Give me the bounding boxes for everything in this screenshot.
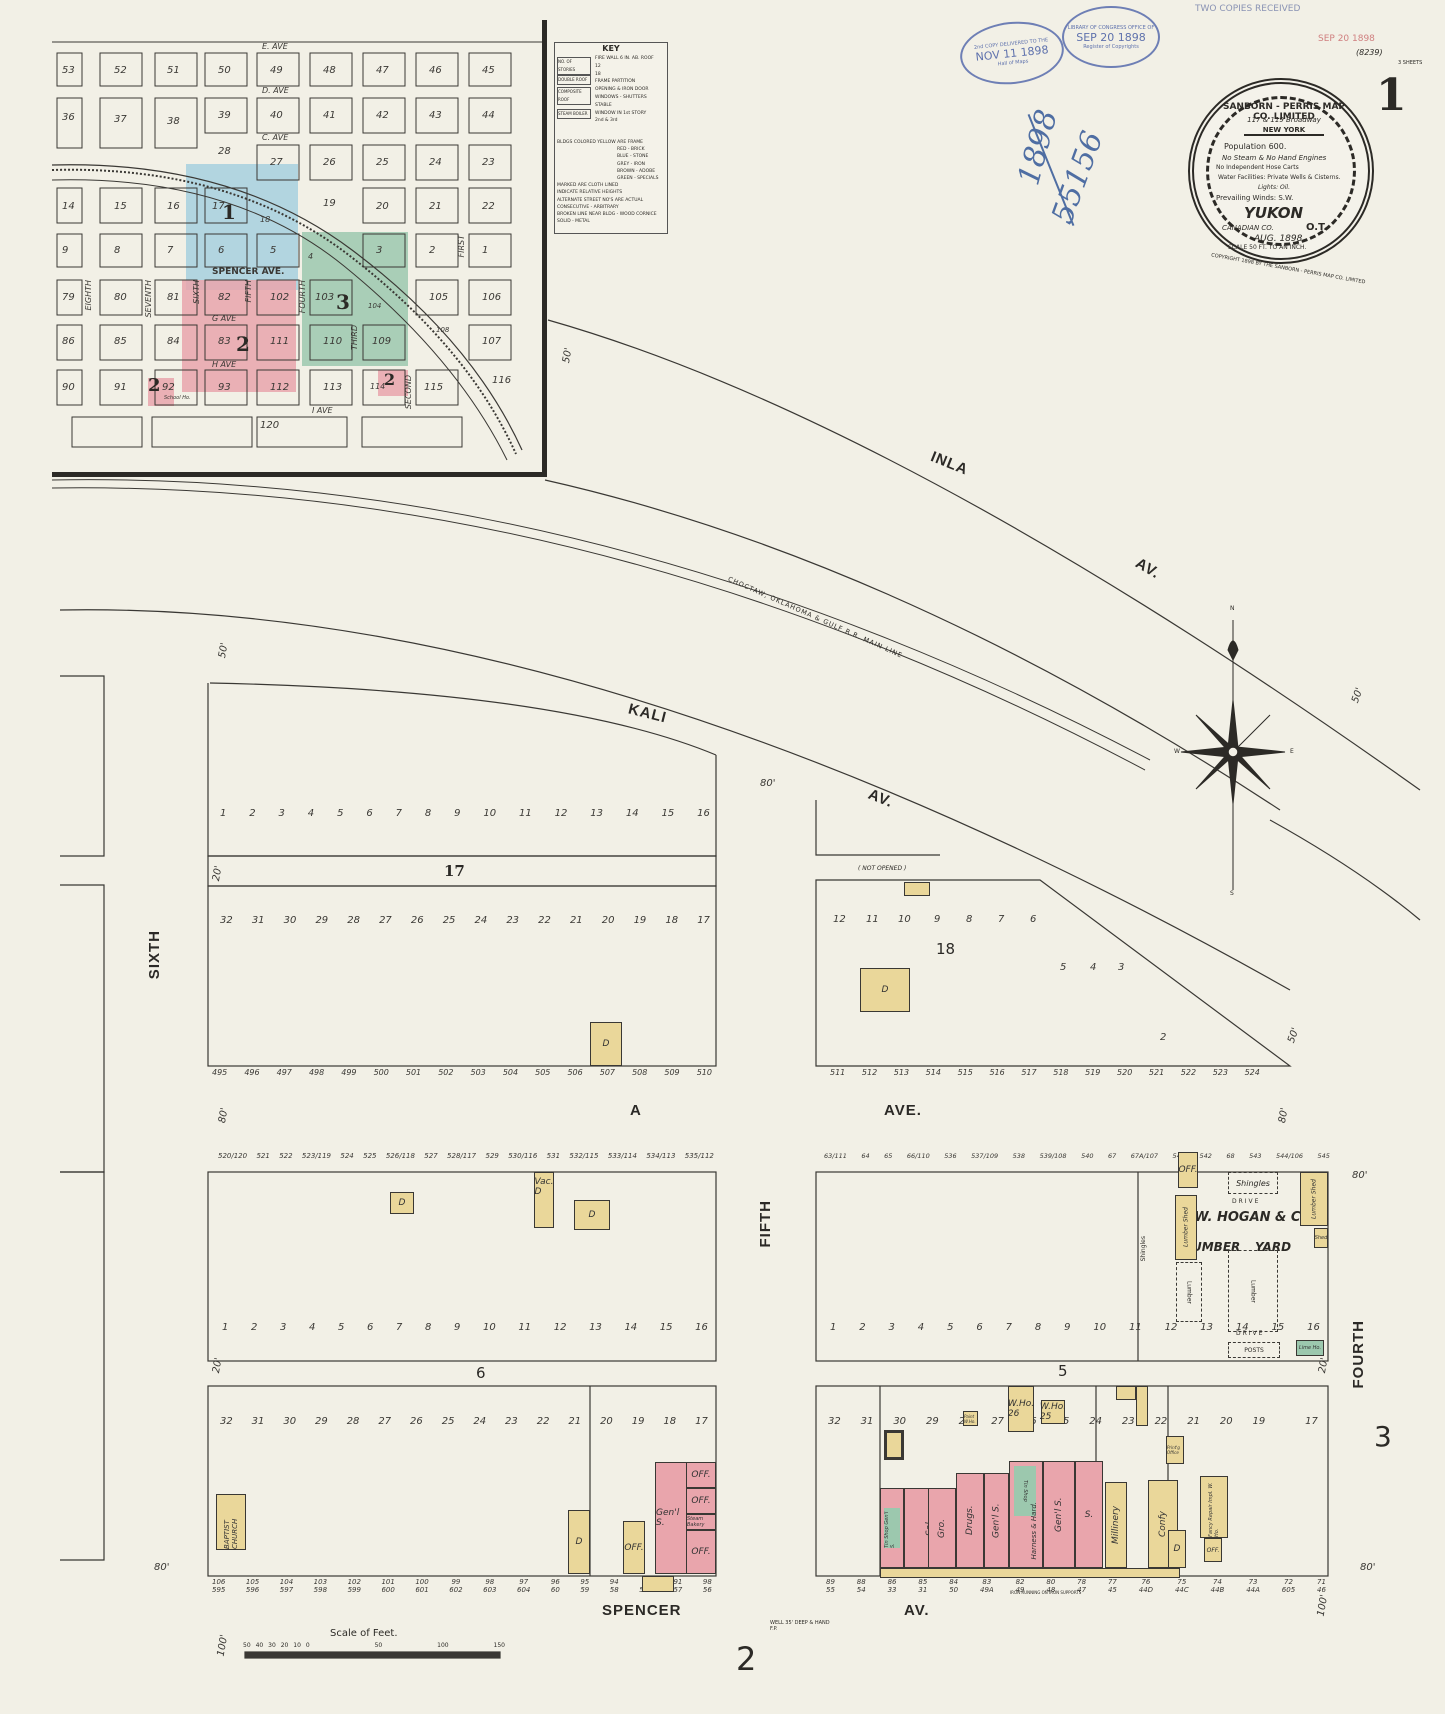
- block6-top-lots: 1 2 3 4 5 6 7 8 9 10 11 12 13 14 15 16: [222, 1322, 708, 1333]
- scale-tick: 20: [281, 1642, 289, 1649]
- lot-number: 17: [695, 1416, 708, 1427]
- street-address: 56: [703, 1586, 712, 1594]
- tin-shop-label: Tin Shop Gen'l S.: [884, 1508, 900, 1548]
- lot-number: 15: [662, 808, 675, 819]
- street-address: 101: [381, 1578, 394, 1586]
- street-address: 522: [279, 1152, 292, 1160]
- street-address: 529: [485, 1152, 498, 1160]
- main-map-linework: [0, 0, 1445, 1714]
- street-address: 531: [547, 1152, 560, 1160]
- street-address: 68: [1226, 1152, 1234, 1160]
- street-address: 88: [857, 1578, 866, 1586]
- street-address: 515: [958, 1068, 973, 1077]
- lot-number: 15: [660, 1322, 673, 1333]
- street-address: 74: [1213, 1578, 1222, 1586]
- baptist-church: BAPTIST CHURCH: [216, 1494, 246, 1550]
- block6-bottom-lots: 32 31 30 29 28 27 26 25 24 23 22 21 20 1…: [220, 1416, 708, 1427]
- street-address: 514: [926, 1068, 941, 1077]
- street-address: 71: [1317, 1578, 1326, 1586]
- adjacent-sheet-right: 3: [1374, 1420, 1392, 1453]
- spencer-av-label: SPENCER: [602, 1602, 682, 1619]
- street-address: 106: [212, 1578, 225, 1586]
- street-address: 599: [348, 1586, 361, 1594]
- street-address: 520: [1117, 1068, 1132, 1077]
- scale-tick: 30: [268, 1642, 276, 1649]
- dwelling: D: [574, 1200, 610, 1230]
- street-address: 103: [314, 1578, 327, 1586]
- lot-number: 23: [505, 1416, 518, 1427]
- lot-number: 9: [454, 808, 460, 819]
- fifth-street-label: FIFTH: [757, 1200, 774, 1248]
- block-number: 17: [444, 862, 465, 880]
- lot-number: 26: [411, 915, 424, 926]
- lot-number: 16: [1307, 1322, 1320, 1333]
- lot-number: 2: [251, 1322, 257, 1333]
- lot-number: 16: [697, 808, 710, 819]
- street-address: 67A/107: [1131, 1152, 1158, 1160]
- lot-number: 10: [1093, 1322, 1106, 1333]
- shed: Shed: [1314, 1228, 1328, 1248]
- lot-number: 12: [554, 1322, 567, 1333]
- street-address: 535/112: [685, 1152, 714, 1160]
- street-address: 523: [1213, 1068, 1228, 1077]
- street-address: 96: [551, 1578, 560, 1586]
- street-address: 527: [424, 1152, 437, 1160]
- block5-top-addresses: 63/111 64 65 66/110 536 537/109 538 539/…: [824, 1152, 1330, 1160]
- dwelling: D: [860, 968, 910, 1012]
- street-address: 542: [1199, 1152, 1211, 1160]
- spencer-av-label: AV.: [904, 1602, 930, 1619]
- street-address: 57: [673, 1586, 682, 1594]
- lot-number: 25: [442, 1416, 455, 1427]
- street-address: 97: [519, 1578, 528, 1586]
- street-address: 44C: [1175, 1586, 1189, 1594]
- street-address: 604: [517, 1586, 530, 1594]
- lot-number: 13: [590, 808, 603, 819]
- lot-number: 9: [934, 914, 940, 925]
- lot-number: 8: [425, 808, 431, 819]
- lot-number: 27: [379, 915, 392, 926]
- street-address: 504: [503, 1068, 518, 1077]
- street-address: 522: [1181, 1068, 1196, 1077]
- millinery: Millinery: [1105, 1482, 1127, 1568]
- lot-number: 3: [1118, 962, 1124, 973]
- lot-number: 22: [537, 1416, 550, 1427]
- dwelling: D: [1168, 1530, 1186, 1568]
- width-label: 80': [1360, 1562, 1375, 1573]
- street-address: 95: [580, 1578, 589, 1586]
- street-address: 598: [314, 1586, 327, 1594]
- scale-tick: 100: [437, 1642, 448, 1649]
- street-address: 45: [1108, 1586, 1117, 1594]
- street-address: 511: [830, 1068, 845, 1077]
- lot-number: 32: [220, 915, 233, 926]
- lot-number: 7: [396, 808, 402, 819]
- compass-rose: [1181, 620, 1285, 890]
- lot-number: 28: [347, 915, 360, 926]
- street-address: 104: [280, 1578, 293, 1586]
- street-address: 533/114: [608, 1152, 637, 1160]
- scale-tick: 40: [256, 1642, 264, 1649]
- ice-cream-outbuilding: [884, 1430, 904, 1460]
- block6-top-addresses: 520/120 521 522 523/119 524 525 526/118 …: [218, 1152, 714, 1160]
- block6-bottom-addresses: 106595 105596 104597 103598 102599 10160…: [212, 1578, 712, 1594]
- lot-number: 19: [634, 915, 647, 926]
- lot-number: 3: [280, 1322, 286, 1333]
- lot-number: 14: [624, 1322, 637, 1333]
- width-label: 80': [154, 1562, 169, 1573]
- lot-number: 32: [220, 1416, 233, 1427]
- lot-number: 7: [998, 914, 1004, 925]
- dwelling: D: [568, 1510, 590, 1574]
- lot-number: 29: [315, 1416, 328, 1427]
- street-address: 75: [1177, 1578, 1186, 1586]
- street-address: 44B: [1211, 1586, 1225, 1594]
- street-address: 508: [632, 1068, 647, 1077]
- warehouse: W.Ho. 25: [1041, 1400, 1065, 1424]
- implement-warehouse: Fancy Repair Impl. W. Ho.: [1200, 1476, 1228, 1538]
- lot-number: 30: [283, 1416, 296, 1427]
- lumber-shed: Lumber Shed: [1300, 1172, 1328, 1226]
- lot-number: 20: [602, 915, 615, 926]
- street-address: 523/119: [302, 1152, 331, 1160]
- lot-number: 4: [309, 1322, 315, 1333]
- street-address: 66/110: [907, 1152, 930, 1160]
- lot-number: 22: [1155, 1416, 1168, 1427]
- lot-number: 4: [1090, 962, 1096, 973]
- lot-number: 8: [966, 914, 972, 925]
- street-address: 498: [309, 1068, 324, 1077]
- iron-running-note: IRON RUNNING ON IRON SUPPORTS: [1010, 1590, 1081, 1595]
- street-address: 54: [857, 1586, 866, 1594]
- lot-number: 22: [538, 915, 551, 926]
- street-address: 105: [246, 1578, 259, 1586]
- shingles-shed: Shingles: [1228, 1172, 1278, 1194]
- street-address: 49A: [980, 1586, 994, 1594]
- scale-ticks: 50 40 30 20 10 0 50 100 150: [243, 1642, 505, 1649]
- street-address: 539/108: [1040, 1152, 1067, 1160]
- street-address: 507: [600, 1068, 615, 1077]
- shed: [642, 1576, 674, 1592]
- street-address: 510: [697, 1068, 712, 1077]
- street-address: 82: [1016, 1578, 1025, 1586]
- lot-number: 2: [859, 1322, 865, 1333]
- lot-number: 23: [1122, 1416, 1135, 1427]
- office: OFF.: [1178, 1152, 1198, 1188]
- street-address: 502: [438, 1068, 453, 1077]
- lot-number: 28: [347, 1416, 360, 1427]
- lot-number: 20: [600, 1416, 613, 1427]
- street-address: 532/115: [569, 1152, 598, 1160]
- street-address: 496: [244, 1068, 259, 1077]
- street-address: 503: [471, 1068, 486, 1077]
- printing-office: Print'g Office: [1166, 1436, 1184, 1464]
- drive-label: DRIVE: [1236, 1330, 1264, 1337]
- street-address: 86: [888, 1578, 897, 1586]
- street-address: 55: [826, 1586, 835, 1594]
- street-address: 517: [1021, 1068, 1036, 1077]
- street-address: 540: [1081, 1152, 1093, 1160]
- lot-number: 21: [568, 1416, 581, 1427]
- lot-number: 12: [1165, 1322, 1178, 1333]
- lot-number: 24: [1089, 1416, 1102, 1427]
- lot-number: 17: [697, 915, 710, 926]
- street-address: 67: [1108, 1152, 1116, 1160]
- street-address: 499: [341, 1068, 356, 1077]
- tin-shop-general-store: Tin Shop Gen'l S.: [880, 1488, 904, 1568]
- general-store: Gen'l S.: [1043, 1461, 1075, 1568]
- well-label: WELL 35' DEEP & HAND F.P.: [770, 1620, 830, 1632]
- street-address: 521: [1149, 1068, 1164, 1077]
- street-address: 543: [1249, 1152, 1261, 1160]
- street-address: 63/111: [824, 1152, 847, 1160]
- block17-top-lots: 1 2 3 4 5 6 7 8 9 10 11 12 13 14 15 16: [220, 808, 710, 819]
- street-address: 44D: [1139, 1586, 1153, 1594]
- street-address: 83: [982, 1578, 991, 1586]
- street-address: 84: [949, 1578, 958, 1586]
- block-number: 18: [936, 940, 955, 958]
- lot-number: 19: [1253, 1416, 1266, 1427]
- scale-tick: 150: [494, 1642, 505, 1649]
- lot-number: 11: [1129, 1322, 1142, 1333]
- lot-number: 21: [570, 915, 583, 926]
- vacant-dwelling: Vac. D: [534, 1172, 554, 1228]
- lot-number: 27: [991, 1416, 1004, 1427]
- grocery: Gro.: [928, 1488, 956, 1568]
- street-address: 85: [918, 1578, 927, 1586]
- a-ave-label: AVE.: [884, 1102, 922, 1119]
- lot-number: 4: [308, 808, 314, 819]
- street-address: 100: [415, 1578, 428, 1586]
- street-address: 526/118: [386, 1152, 415, 1160]
- lot-number: 5: [338, 1322, 344, 1333]
- lot-number: 7: [396, 1322, 402, 1333]
- lot-number: 18: [665, 915, 678, 926]
- lot-number: 13: [589, 1322, 602, 1333]
- street-address: 518: [1053, 1068, 1068, 1077]
- street-address: 65: [884, 1152, 892, 1160]
- street-address: 520/120: [218, 1152, 247, 1160]
- drugs: Drugs.: [956, 1473, 984, 1568]
- street-address: 516: [989, 1068, 1004, 1077]
- lot-number: 31: [252, 915, 265, 926]
- lumber-stack: Lumber: [1228, 1250, 1278, 1332]
- street-address: 77: [1108, 1578, 1117, 1586]
- lot-number: 1: [222, 1322, 228, 1333]
- lot-number: 6: [366, 808, 372, 819]
- block17-bottom-lots: 32 31 30 29 28 27 26 25 24 23 22 21 20 1…: [220, 915, 710, 926]
- street-address: 512: [862, 1068, 877, 1077]
- compass-east: E: [1290, 748, 1294, 755]
- street-address: 80: [1046, 1578, 1055, 1586]
- lot-number: 4: [918, 1322, 924, 1333]
- compass-west: W: [1174, 748, 1180, 755]
- street-address: 603: [483, 1586, 496, 1594]
- street-address: 50: [949, 1586, 958, 1594]
- warehouse: W.Ho. 26: [1008, 1386, 1034, 1432]
- street-address: 31: [918, 1586, 927, 1594]
- lot-number: 29: [315, 915, 328, 926]
- street-address: 605: [1282, 1586, 1295, 1594]
- street-address: 506: [567, 1068, 582, 1077]
- street-address: 102: [348, 1578, 361, 1586]
- harness-hardware-label: Harness & Hard.: [1030, 1502, 1038, 1559]
- lot-number: 6: [367, 1322, 373, 1333]
- street-address: 525: [363, 1152, 376, 1160]
- street-address: 601: [415, 1586, 428, 1594]
- street-address: 98: [485, 1578, 494, 1586]
- street-address: 545: [1318, 1152, 1330, 1160]
- street-address: 500: [374, 1068, 389, 1077]
- not-opened-label: ( NOT OPENED ): [858, 865, 906, 872]
- lot-number: 31: [252, 1416, 265, 1427]
- street-address: 44A: [1246, 1586, 1260, 1594]
- posts-stack: POSTS: [1228, 1342, 1280, 1358]
- street-address: 544/106: [1276, 1152, 1303, 1160]
- lot-number: 6: [1030, 914, 1036, 925]
- lot-number: 2: [249, 808, 255, 819]
- street-address: 536: [944, 1152, 956, 1160]
- lot-number: 26: [410, 1416, 423, 1427]
- lot-number: 30: [893, 1416, 906, 1427]
- lot-number: 5: [947, 1322, 953, 1333]
- lot-number: 17: [1305, 1416, 1318, 1427]
- lot-number: 11: [866, 914, 879, 925]
- street-address: 501: [406, 1068, 421, 1077]
- lot-number: 31: [861, 1416, 874, 1427]
- street-address: 528/117: [447, 1152, 476, 1160]
- general-store: Gen'l S.: [984, 1473, 1009, 1568]
- street-address: 497: [277, 1068, 292, 1077]
- lot-number: 30: [284, 915, 297, 926]
- width-label: 80': [1352, 1170, 1367, 1181]
- street-address: 495: [212, 1068, 227, 1077]
- street-address: 596: [246, 1586, 259, 1594]
- office: OFF.: [623, 1521, 645, 1574]
- lot-number: 12: [555, 808, 568, 819]
- street-address: 89: [826, 1578, 835, 1586]
- lot-number: 32: [828, 1416, 841, 1427]
- street-address: 524: [1245, 1068, 1260, 1077]
- street-address: 600: [381, 1586, 394, 1594]
- lot-number: 24: [473, 1416, 486, 1427]
- street-address: 530/116: [508, 1152, 537, 1160]
- street-address: 597: [280, 1586, 293, 1594]
- street-address: 513: [894, 1068, 909, 1077]
- lot-number: 16: [695, 1322, 708, 1333]
- street-address: 595: [212, 1586, 225, 1594]
- lot-number: 21: [1187, 1416, 1200, 1427]
- street-address: 99: [451, 1578, 460, 1586]
- lot-number: 25: [443, 915, 456, 926]
- street-address: 46: [1317, 1586, 1326, 1594]
- street-address: 76: [1141, 1578, 1150, 1586]
- lot-number: 18: [663, 1416, 676, 1427]
- lot-number: 8: [1035, 1322, 1041, 1333]
- lot-number: 3: [279, 808, 285, 819]
- lot-number: 8: [425, 1322, 431, 1333]
- drive-label: DRIVE: [1232, 1198, 1260, 1205]
- lot-number: 1: [830, 1322, 836, 1333]
- lot-number: 3: [889, 1322, 895, 1333]
- block5-bottom-lots: 32 31 30 29 28 27 26 25 24 23 22 21 20 1…: [828, 1416, 1318, 1427]
- street-address: 537/109: [971, 1152, 998, 1160]
- street-address: 98: [703, 1578, 712, 1586]
- sanborn-map-sheet: 2nd COPY DELIVERED TO THE NOV 11 1898 Ha…: [0, 0, 1445, 1714]
- lot-number: 13: [1200, 1322, 1213, 1333]
- street-address: 91: [673, 1578, 682, 1586]
- street-address: 602: [449, 1586, 462, 1594]
- shed: [1136, 1386, 1148, 1426]
- lumber-stack: Lumber: [1176, 1262, 1202, 1322]
- lot-number: 12: [833, 914, 846, 925]
- lot-number: 11: [519, 808, 532, 819]
- scale-tick: 50: [375, 1642, 383, 1649]
- lot-number: 10: [483, 1322, 496, 1333]
- street-address: 33: [888, 1586, 897, 1594]
- street-address: 72: [1284, 1578, 1293, 1586]
- lot-number: 10: [483, 808, 496, 819]
- lot-number: 23: [506, 915, 519, 926]
- lot-number: 24: [475, 915, 488, 926]
- lumber-shed: Lumber Shed: [1175, 1195, 1197, 1260]
- lot-number: 6: [976, 1322, 982, 1333]
- street-address: 94: [610, 1578, 619, 1586]
- scale-tick: 10: [293, 1642, 301, 1649]
- lot-number: 9: [454, 1322, 460, 1333]
- street-address: 509: [664, 1068, 679, 1077]
- dwelling: D: [590, 1022, 622, 1066]
- store: S.: [1075, 1461, 1103, 1568]
- scale-tick: 0: [306, 1642, 310, 1649]
- block18-addresses: 511 512 513 514 515 516 517 518 519 520 …: [830, 1068, 1260, 1077]
- awning-row: [880, 1568, 1180, 1578]
- street-address: 64: [861, 1152, 869, 1160]
- street-address: 73: [1249, 1578, 1258, 1586]
- lot-number: 27: [378, 1416, 391, 1427]
- street-address: 59: [580, 1586, 589, 1594]
- steam-bakery: Steam Bakery: [686, 1514, 716, 1530]
- lot-number: 5: [1060, 962, 1066, 973]
- lot-number: 9: [1064, 1322, 1070, 1333]
- harness-hardware: Tin Shop Harness & Hard.: [1009, 1461, 1043, 1568]
- street-address: 534/113: [646, 1152, 675, 1160]
- lot-number: 5: [337, 808, 343, 819]
- office: OFF.: [686, 1488, 716, 1514]
- fourth-street-label: FOURTH: [1350, 1320, 1367, 1389]
- scale-tick: 50: [243, 1642, 251, 1649]
- shed: [1116, 1386, 1136, 1400]
- adjacent-sheet-bottom: 2: [736, 1640, 756, 1678]
- lot-number: 19: [632, 1416, 645, 1427]
- block17-addresses: 495 496 497 498 499 500 501 502 503 504 …: [212, 1068, 712, 1077]
- street-address: 58: [610, 1586, 619, 1594]
- lot-number: 10: [898, 914, 911, 925]
- street-address: 505: [535, 1068, 550, 1077]
- compass-north: N: [1230, 605, 1235, 612]
- block-number: 5: [1058, 1362, 1068, 1380]
- lot-number: 7: [1006, 1322, 1012, 1333]
- street-address: 519: [1085, 1068, 1100, 1077]
- street-address: 538: [1013, 1152, 1025, 1160]
- a-ave-label: A: [630, 1102, 642, 1119]
- outbuilding: [904, 882, 930, 896]
- street-address: 78: [1077, 1578, 1086, 1586]
- general-store: Gen'l S.: [655, 1462, 687, 1574]
- lot-number: 14: [626, 808, 639, 819]
- street-address: 524: [340, 1152, 353, 1160]
- street-address: 521: [256, 1152, 269, 1160]
